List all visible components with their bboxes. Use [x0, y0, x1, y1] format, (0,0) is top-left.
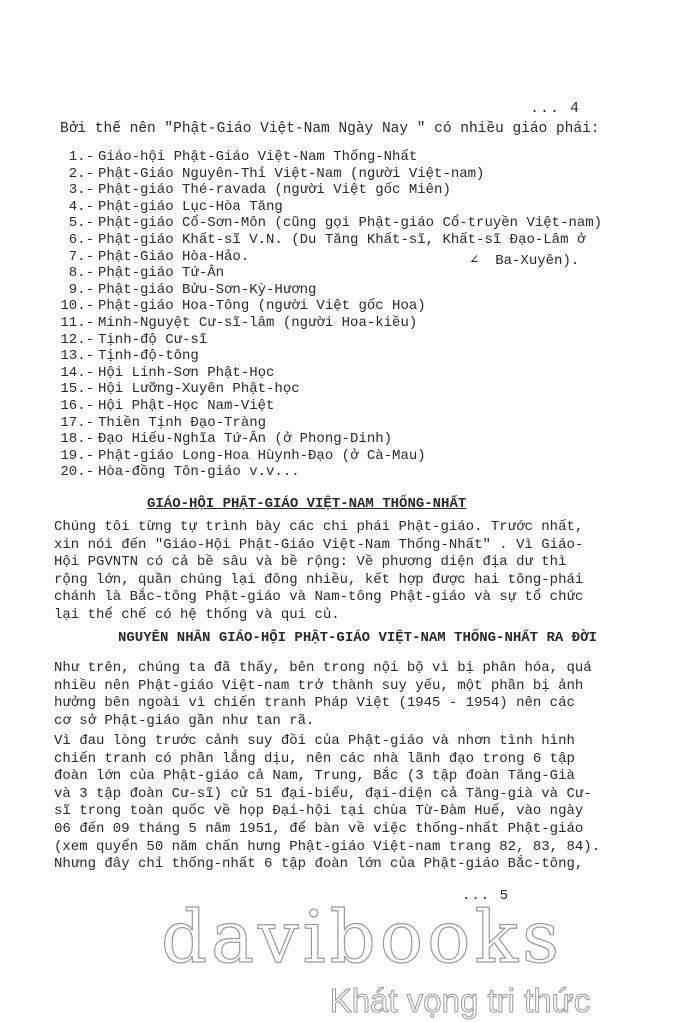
sect-name: Phật-giáo Thé-ravada (người Việt gốc Miê… — [98, 182, 451, 198]
sect-number: 9.- — [48, 282, 94, 299]
sect-name: Phật-giáo Hoa-Tông (người Việt gốc Hoa) — [98, 298, 426, 314]
paragraph-line: Chúng tôi từng tự trình bày các chi phái… — [54, 519, 644, 537]
paragraph-line: và 3 tập đoàn Cư-sĩ) cử 51 đại-biểu, đại… — [54, 786, 644, 804]
sect-number: 4.- — [48, 199, 94, 216]
sect-list-item: 9.-Phật-giáo Bửu-Sơn-Kỳ-Hương — [48, 282, 602, 299]
sect-list-item: 13.-Tịnh-độ-tông — [48, 348, 602, 365]
section2-paragraph-2: Vì đau lòng trước cảnh suy đồi của Phật-… — [54, 733, 644, 874]
sect-name: Phật-giáo Khất-sĩ V.N. (Du Tăng Khất-sĩ,… — [98, 232, 585, 248]
section-heading-unified-church: GIÁO-HỘI PHẬT-GIÁO VIỆT-NAM THỐNG-NHẤT — [147, 496, 466, 512]
sect-list-item: 19.-Phật-giáo Long-Hoa Hùynh-Đạo (ở Cà-M… — [48, 448, 602, 465]
sect-number: 5.- — [48, 215, 94, 232]
paragraph-line: đoàn lớn của Phật-giáo cả Nam, Trung, Bắ… — [54, 768, 644, 786]
sect-number: 1.- — [48, 149, 94, 166]
sect-number: 6.- — [48, 232, 94, 249]
sect-name: Phật-giáo Cổ-Sơn-Môn (cũng gọi Phật-giáo… — [98, 215, 602, 231]
paragraph-line: xin nói đến "Giáo-Hội Phật-Giáo Việt-Nam… — [54, 537, 644, 555]
sect-name: Hội Lưỡng-Xuyên Phật-học — [98, 381, 300, 397]
sect-number: 19.- — [48, 448, 94, 465]
paragraph-line: Hội PGVNTN có cả bề sâu và bề rộng: Về p… — [54, 554, 644, 572]
sect6-continuation: ∠ Ba-Xuyên). — [470, 252, 579, 269]
sect-name: Tịnh-độ-tông — [98, 348, 199, 364]
watermark-brand: davibooks — [12, 895, 700, 979]
sect-name: Phật-giáo Bửu-Sơn-Kỳ-Hương — [98, 282, 316, 298]
sect-list-item: 20.-Hòa-đồng Tôn-giáo v.v... — [48, 464, 602, 481]
sect-list-item: 5.-Phật-giáo Cổ-Sơn-Môn (cũng gọi Phật-g… — [48, 215, 602, 232]
sect-name: Phật-giáo Long-Hoa Hùynh-Đạo (ở Cà-Mau) — [98, 448, 426, 464]
sect-number: 15.- — [48, 381, 94, 398]
sect-list-item: 1.-Giáo-hội Phật-Giáo Việt-Nam Thống-Nhấ… — [48, 149, 602, 166]
section1-paragraph: Chúng tôi từng tự trình bày các chi phái… — [54, 519, 644, 625]
sect-list-item: 10.-Phật-giáo Hoa-Tông (người Việt gốc H… — [48, 298, 602, 315]
intro-sentence: Bởi thế nên "Phật-Giáo Việt-Nam Ngày Nay… — [60, 121, 600, 137]
paragraph-line: Nhưng đây chỉ thống-nhất 6 tập đoàn lớn … — [54, 856, 644, 874]
sect-list-item: 14.-Hội Linh-Sơn Phật-Học — [48, 365, 602, 382]
sect-name: Phật-giáo Lục-Hòa Tăng — [98, 199, 283, 215]
sect-name: Hội Linh-Sơn Phật-Học — [98, 365, 274, 381]
page-marker-bottom: ... 5 — [462, 888, 509, 904]
sect-list-item: 18.-Đạo Hiếu-Nghĩa Tứ-Ân (ở Phong-Dinh) — [48, 431, 602, 448]
sect-name: Phật-giáo Tứ-Ân — [98, 265, 224, 281]
sect-number: 2.- — [48, 166, 94, 183]
sect-name: Đạo Hiếu-Nghĩa Tứ-Ân (ở Phong-Dinh) — [98, 431, 392, 447]
sect-list-item: 6.-Phật-giáo Khất-sĩ V.N. (Du Tăng Khất-… — [48, 232, 602, 249]
paragraph-line: (xem quyển 50 năm chấn hưng Phật-giáo Vi… — [54, 839, 644, 857]
paragraph-line: chánh là Bắc-tông Phật-giáo và Nam-tông … — [54, 589, 644, 607]
paragraph-line: cơ sở Phật-giáo gần như tan rã. — [54, 713, 644, 731]
paragraph-line: lại thể chế có hệ thống và qui củ. — [54, 607, 644, 625]
sect-list-item: 3.-Phật-giáo Thé-ravada (người Việt gốc … — [48, 182, 602, 199]
sect-name: Phật-Giáo Nguyên-Thỉ Việt-Nam (người Việ… — [98, 166, 484, 182]
sect-number: 16.- — [48, 398, 94, 415]
sect-list-item: 4.-Phật-giáo Lục-Hòa Tăng — [48, 199, 602, 216]
sect-name: Hòa-đồng Tôn-giáo v.v... — [98, 464, 300, 480]
sect-number: 13.- — [48, 348, 94, 365]
sect-list-item: 17.-Thiền Tịnh Đạo-Tràng — [48, 415, 602, 432]
sect-list-item: 12.-Tịnh-độ Cư-sĩ — [48, 332, 602, 349]
paragraph-line: nhiều nên Phật-giáo Việt-nam trở thành s… — [54, 678, 644, 696]
paragraph-line: Như trên, chúng ta đã thấy, bên trong nộ… — [54, 660, 644, 678]
sect-number: 18.- — [48, 431, 94, 448]
sect-number: 12.- — [48, 332, 94, 349]
sect-number: 20.- — [48, 464, 94, 481]
sect-list-item: 15.-Hội Lưỡng-Xuyên Phật-học — [48, 381, 602, 398]
section2-paragraph-1: Như trên, chúng ta đã thấy, bên trong nộ… — [54, 660, 644, 730]
watermark-tagline: Khát vọng tri thức — [110, 982, 700, 1020]
sect-number: 3.- — [48, 182, 94, 199]
sect-name: Tịnh-độ Cư-sĩ — [98, 332, 207, 348]
page-marker-top: ... 4 — [530, 100, 580, 117]
paragraph-line: hưởng bên ngoài vì chiến tranh Pháp Việt… — [54, 695, 644, 713]
paragraph-line: 06 đến 09 tháng 5 năm 1951, để bàn về vi… — [54, 821, 644, 839]
sect-number: 10.- — [48, 298, 94, 315]
sect-name: Phật-Giáo Hòa-Hảo. — [98, 249, 249, 265]
paragraph-line: rộng lớn, quần chúng lại đông nhiều, kết… — [54, 572, 644, 590]
section-heading-origin: NGUYÊN NHÂN GIÁO-HỘI PHẬT-GIÁO VIỆT-NAM … — [118, 630, 597, 646]
sect-list-item: 2.-Phật-Giáo Nguyên-Thỉ Việt-Nam (người … — [48, 166, 602, 183]
paragraph-line: chiến tranh có phần lắng dịu, nên các nh… — [54, 751, 644, 769]
sect-name: Minh-Nguyệt Cư-sĩ-lâm (người Hoa-kiều) — [98, 315, 417, 331]
sect-number: 8.- — [48, 265, 94, 282]
paragraph-line: Vì đau lòng trước cảnh suy đồi của Phật-… — [54, 733, 644, 751]
sect-number: 14.- — [48, 365, 94, 382]
sect-list-item: 11.-Minh-Nguyệt Cư-sĩ-lâm (người Hoa-kiề… — [48, 315, 602, 332]
sect-name: Giáo-hội Phật-Giáo Việt-Nam Thống-Nhất — [98, 149, 417, 165]
sect-name: Hội Phật-Học Nam-Việt — [98, 398, 274, 414]
paragraph-line: sĩ trong toàn quốc về họp Đại-hội tại ch… — [54, 803, 644, 821]
sect-name: Thiền Tịnh Đạo-Tràng — [98, 415, 266, 431]
sect-number: 7.- — [48, 249, 94, 266]
sect-list-item: 16.-Hội Phật-Học Nam-Việt — [48, 398, 602, 415]
sect-number: 17.- — [48, 415, 94, 432]
sect-number: 11.- — [48, 315, 94, 332]
sect-list: 1.-Giáo-hội Phật-Giáo Việt-Nam Thống-Nhấ… — [48, 149, 602, 481]
